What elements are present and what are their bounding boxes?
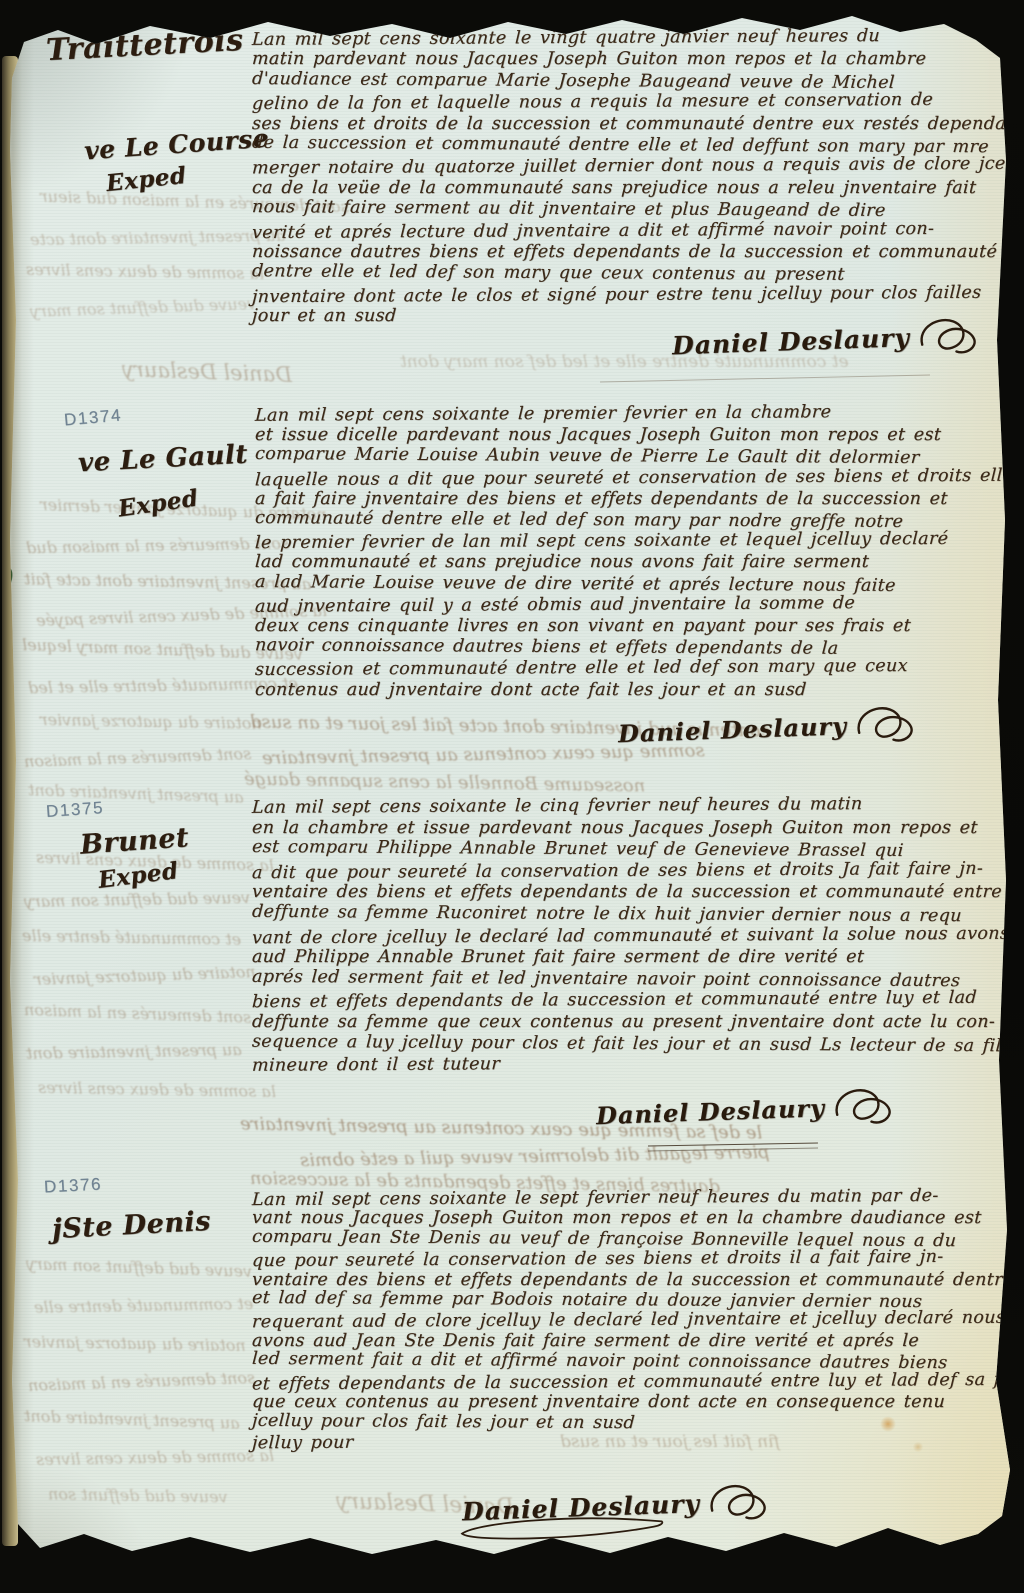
signature-paraph-flourish xyxy=(830,1083,895,1129)
manuscript-line: de la succession et communauté dentre el… xyxy=(251,133,989,157)
manuscript-line: jour et an susd xyxy=(251,306,397,326)
manuscript-line: communauté dentre elle et led def son ma… xyxy=(254,508,903,532)
signature-paraph-flourish xyxy=(852,701,917,747)
ghost-line: sont demeurés en la maison xyxy=(24,744,252,771)
manuscript-line: comparue Marie Louise Aubin veuve de Pie… xyxy=(254,444,920,468)
manuscript-line: Lan mil sept cens soixante le premier fe… xyxy=(255,402,832,426)
ghost-line: sont demeurés en la maison dud xyxy=(26,534,289,558)
manuscript-line: Lan mil sept cens soixante le vingt quat… xyxy=(252,26,881,50)
manuscript-line: d'audiance est comparue Marie Josephe Ba… xyxy=(251,69,895,93)
clerk-signature: Daniel Deslaury xyxy=(595,1083,895,1137)
archive-reference: D1373 xyxy=(73,4,132,28)
ghost-line: et communauté dentre elle xyxy=(34,1294,253,1317)
manuscript-line: vant de clore jcelluy le declaré lad com… xyxy=(252,923,1010,948)
manuscript-line: en la chambre et issue pardevant nous Ja… xyxy=(251,818,978,838)
signature-double-underline xyxy=(648,1143,818,1152)
signature-name: Daniel Deslaury xyxy=(672,323,911,360)
signature-swash-underline xyxy=(456,1513,671,1549)
manuscript-line: ventaire des biens et effets dependants … xyxy=(251,1270,1024,1290)
manuscript-line: a fait faire jnventaire des biens et eff… xyxy=(254,489,948,509)
manuscript-line: deffunte sa femme que ceux contenus au p… xyxy=(251,1012,995,1032)
manuscript-line: a lad Marie Louise veuve de dire verité … xyxy=(254,572,896,596)
manuscript-line: et effets dependants de la succession et… xyxy=(252,1369,1024,1394)
ghost-line: la somme de deux cens livres xyxy=(38,1078,276,1101)
manuscript-line: noissance dautres biens et effets depend… xyxy=(251,242,997,262)
manuscript-line: aud jnventaire quil y a esté obmis aud j… xyxy=(255,593,856,617)
manuscript-line: que ceux contenus au present jnventaire … xyxy=(251,1392,945,1412)
scanned-manuscript-photo: sont demeurés en la maison dud sieurau p… xyxy=(0,0,1024,1593)
archive-reference: D1374 xyxy=(63,406,123,431)
margin-annotation: ve Le Gault xyxy=(77,440,248,479)
signature-paraph-flourish xyxy=(705,1479,770,1525)
manuscript-line: led serment fait a dit et affirmé navoir… xyxy=(251,1349,948,1373)
ghost-line: et communauté dentre elle xyxy=(22,926,241,949)
ghost-line: la somme de deux cens livres xyxy=(36,1446,274,1469)
ghost-line: la somme de deux cens livres xyxy=(26,260,264,283)
ghost-line: au present jnventaire dont xyxy=(26,1040,242,1063)
manuscript-line: succession et communauté dentre elle et … xyxy=(255,656,909,680)
margin-annotation: Traittetrois xyxy=(45,23,244,68)
manuscript-line: mineure dont il est tuteur xyxy=(252,1054,501,1076)
clerk-signature: Daniel Deslaury xyxy=(671,313,980,368)
manuscript-line: aud Philippe Annable Brunet fait faire s… xyxy=(251,947,864,967)
manuscript-line: nous fait faire serment au dit jnventair… xyxy=(251,197,886,221)
ghost-line: au present jnventaire dont acte xyxy=(30,226,286,249)
manuscript-line: merger notaire du quatorze juillet derni… xyxy=(252,154,1024,179)
margin-annotation: Exped xyxy=(117,485,201,523)
manuscript-line: est comparu Philippe Annable Brunet veuf… xyxy=(251,837,904,861)
manuscript-line: aprés led serment fait et led jnventaire… xyxy=(251,967,960,991)
manuscript-line: le premier fevrier de lan mil sept cens … xyxy=(255,529,949,553)
ghost-line: notaire du quatorze janvier xyxy=(34,962,256,989)
manuscript-line: biens et effets dependants de la success… xyxy=(252,988,978,1012)
manuscript-line: deux cens cinquante livres en son vivant… xyxy=(254,616,911,636)
margin-annotation: Brunet xyxy=(79,822,190,861)
manuscript-line: a dit que pour seureté la conservation d… xyxy=(252,859,984,883)
manuscript-line: laquelle nous a dit que pour seureté et … xyxy=(255,465,1014,490)
manuscript-line: et issue dicelle pardevant nous Jacques … xyxy=(254,425,941,445)
ghost-line: notaire du quatorze janvier xyxy=(40,710,262,733)
ghost-line: sont demeurés en la maison xyxy=(24,1000,252,1027)
manuscript-line: matin pardevant nous Jacques Joseph Guit… xyxy=(251,49,926,69)
manuscript-line: ses biens et droits de la succession et … xyxy=(251,114,1024,134)
margin-annotation: jSte Denis xyxy=(51,1206,211,1245)
archive-reference: D1375 xyxy=(45,798,104,822)
manuscript-page: sont demeurés en la maison dud sieurau p… xyxy=(0,0,1024,1593)
ghost-line: veuve dud deffunt son mary xyxy=(30,294,257,321)
faint-underline-stroke xyxy=(600,375,930,383)
manuscript-line: contenus aud jnventaire dont acte fait l… xyxy=(254,680,807,700)
manuscript-line: lad communauté et sans prejudice nous av… xyxy=(254,552,869,572)
archive-reference: D1376 xyxy=(44,1174,103,1197)
ghost-line: sont demeurés en la maison xyxy=(28,1368,256,1395)
ghost-line: Daniel Deslaury xyxy=(122,357,293,387)
manuscript-line: ventaire des biens et effets dependants … xyxy=(251,882,1024,902)
manuscript-line: requerant aud de clore jcelluy le declar… xyxy=(252,1308,1006,1333)
margin-annotation: Exped xyxy=(97,857,180,894)
manuscript-line: jelluy pour xyxy=(252,1432,354,1453)
manuscript-line: Lan mil sept cens soixante le sept fevri… xyxy=(252,1186,940,1210)
signature-name: Daniel Deslaury xyxy=(618,711,848,748)
manuscript-line: gelino de la fon et laquelle nous a requ… xyxy=(252,90,934,114)
ghost-line: nosseaume Bonnelle la cens supanne daugé xyxy=(244,768,646,796)
manuscript-line: sequence a luy jcelluy pour clos et fait… xyxy=(251,1031,1018,1056)
manuscript-line: jnventaire dont acte le clos et signé po… xyxy=(252,283,982,307)
manuscript-line: verité et aprés lecture dud jnventaire a… xyxy=(252,219,935,243)
signature-name: Daniel Deslaury xyxy=(596,1093,826,1130)
manuscript-line: ca de la veüe de la communauté sans prej… xyxy=(251,178,976,198)
ghost-line: au present jnventaire dont xyxy=(24,1406,240,1433)
ghost-line: notaire du quatorze janvier xyxy=(24,1332,246,1355)
manuscript-line: Lan mil sept cens soixante le cinq fevri… xyxy=(252,794,863,818)
ghost-line: veuve dud deffunt son mary xyxy=(26,1254,253,1281)
ghost-line: fin fait les jour et an susd xyxy=(560,1432,779,1452)
manuscript-line: jcelluy pour clos fait les jour et an su… xyxy=(251,1411,635,1433)
margin-annotation: ve Le Course xyxy=(83,124,270,166)
ghost-line: pierre legault dit delormier veuve quil … xyxy=(300,1142,770,1171)
manuscript-line: que pour seureté la conservation de ses … xyxy=(252,1247,944,1271)
margin-annotation: Exped xyxy=(105,162,188,197)
ghost-line: veuve dud deffunt son xyxy=(48,1484,228,1506)
manuscript-line: dentre elle et led def son mary que ceux… xyxy=(251,262,845,286)
manuscript-line: avons aud Jean Ste Denis fait faire serm… xyxy=(251,1331,919,1351)
manuscript-line: navoir connoissance dautres biens et eff… xyxy=(254,635,839,659)
ghost-line: veuve dud deffunt son mary xyxy=(24,888,250,911)
manuscript-line: vant nous Jacques Joseph Guiton mon repo… xyxy=(251,1208,982,1228)
signature-paraph-flourish xyxy=(915,313,980,359)
clerk-signature: Daniel Deslaury xyxy=(617,701,917,755)
manuscript-line: deffunte sa femme Ruconiret notre le dix… xyxy=(251,902,962,926)
